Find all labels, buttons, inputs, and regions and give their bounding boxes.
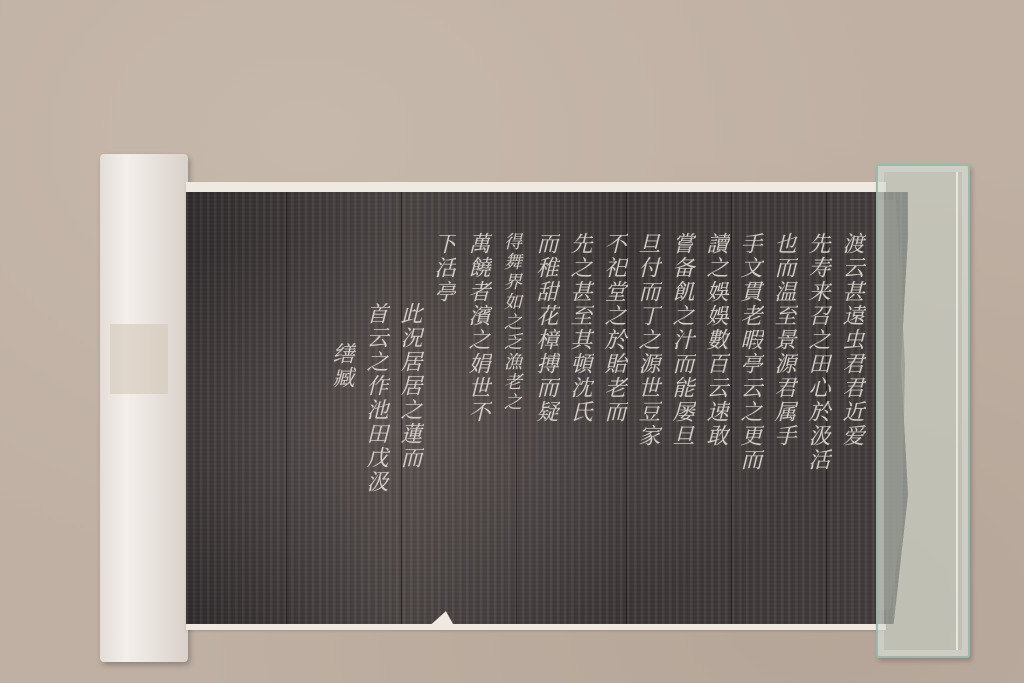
- calligraphy-column: 先寿来召之田心於汲活: [800, 232, 834, 594]
- calligraphy-column: 下活亭: [426, 232, 460, 594]
- calligraphy-column: 嘗备飢之汁而能屡旦: [664, 232, 698, 594]
- calligraphy-column: 不祀堂之於貽老而: [596, 232, 630, 594]
- calligraphy-column: 得舞界如之乏漁老之: [494, 232, 528, 594]
- calligraphy-column: 也而温至景源君属手: [766, 232, 800, 594]
- calligraphy-column: 讀之娛娛數百云速敢: [698, 232, 732, 594]
- calligraphy-column: 此況居居之蓮而: [392, 232, 426, 594]
- calligraphy-column: 先之甚至其頓沈氏: [562, 232, 596, 594]
- calligraphy-column: 缮臧: [324, 232, 358, 594]
- calligraphy-column: 手文貫老暇亭云之更而: [732, 232, 766, 594]
- glass-weight: [876, 164, 970, 658]
- calligraphy-columns: 渡云甚遠虫君君近爱 先寿来召之田心於汲活 也而温至景源君属手 手文貫老暇亭云之更…: [196, 232, 868, 594]
- photo-scene: 渡云甚遠虫君君近爱 先寿来召之田心於汲活 也而温至景源君属手 手文貫老暇亭云之更…: [0, 0, 1024, 683]
- calligraphy-column: 渡云甚遠虫君君近爱: [834, 232, 868, 594]
- calligraphy-column: 首云之作池田戊汲: [358, 232, 392, 594]
- calligraphy-column: 而稚甜花樟搏而疑: [528, 232, 562, 594]
- rolled-scroll-end: [100, 154, 188, 662]
- ink-rubbing: 渡云甚遠虫君君近爱 先寿来召之田心於汲活 也而温至景源君属手 手文貫老暇亭云之更…: [186, 192, 908, 624]
- calligraphy-column: 萬饒者濱之娟世不: [460, 232, 494, 594]
- calligraphy-column: 旦付而丁之源世豆家: [630, 232, 664, 594]
